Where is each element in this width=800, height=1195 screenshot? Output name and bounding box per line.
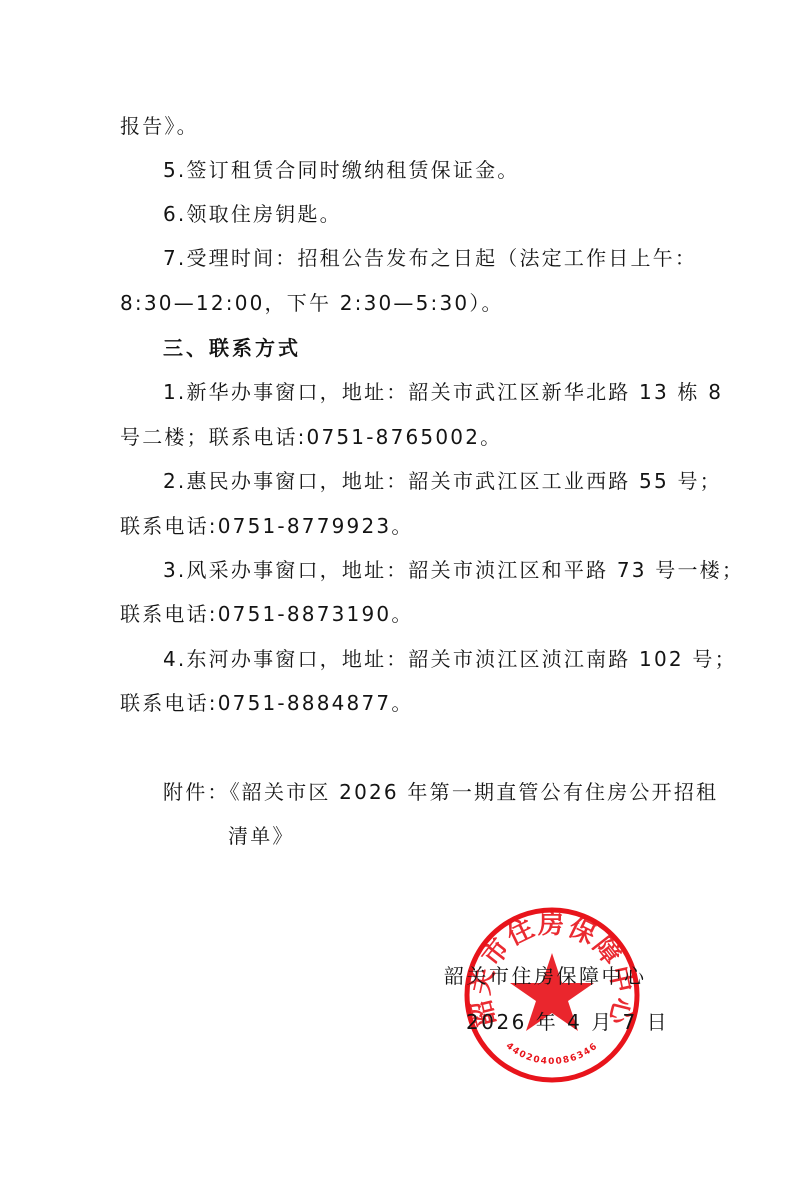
section-heading: 三、联系方式	[163, 334, 301, 362]
text-line: 5.签订租赁合同时缴纳租赁保证金。	[163, 156, 519, 184]
office-line: 联系电话:0751-8779923。	[120, 512, 414, 540]
office-line: 号二楼；联系电话:0751-8765002。	[120, 423, 502, 451]
office-line: 联系电话:0751-8884877。	[120, 689, 414, 717]
signature-organization: 韶关市住房保障中心	[444, 962, 647, 990]
document-page: 报告》。 5.签订租赁合同时缴纳租赁保证金。 6.领取住房钥匙。 7.受理时间：…	[0, 0, 800, 1195]
text-line: 7.受理时间：招租公告发布之日起（法定工作日上午：	[163, 244, 697, 272]
text-line: 报告》。	[120, 112, 199, 140]
text-line: 8:30—12:00，下午 2:30—5:30）。	[120, 289, 504, 317]
svg-text:4402040086346: 4402040086346	[504, 1041, 601, 1067]
office-line: 3.风采办事窗口，地址：韶关市浈江区和平路 73 号一楼；	[163, 556, 744, 584]
text-line: 6.领取住房钥匙。	[163, 200, 342, 228]
attachment-line: 附件：《韶关市区 2026 年第一期直管公有住房公开招租	[163, 778, 718, 806]
office-line: 2.惠民办事窗口，地址：韶关市武江区工业西路 55 号；	[163, 467, 722, 495]
signature-date: 2026 年 4 月 7 日	[466, 1008, 669, 1036]
office-line: 4.东河办事窗口，地址：韶关市浈江区浈江南路 102 号；	[163, 645, 737, 673]
attachment-line: 清单》	[228, 822, 295, 850]
official-seal-icon: 韶关市住房保障中心 4402040086346	[462, 905, 642, 1085]
office-line: 1.新华办事窗口，地址：韶关市武江区新华北路 13 栋 8	[163, 378, 723, 406]
office-line: 联系电话:0751-8873190。	[120, 600, 414, 628]
